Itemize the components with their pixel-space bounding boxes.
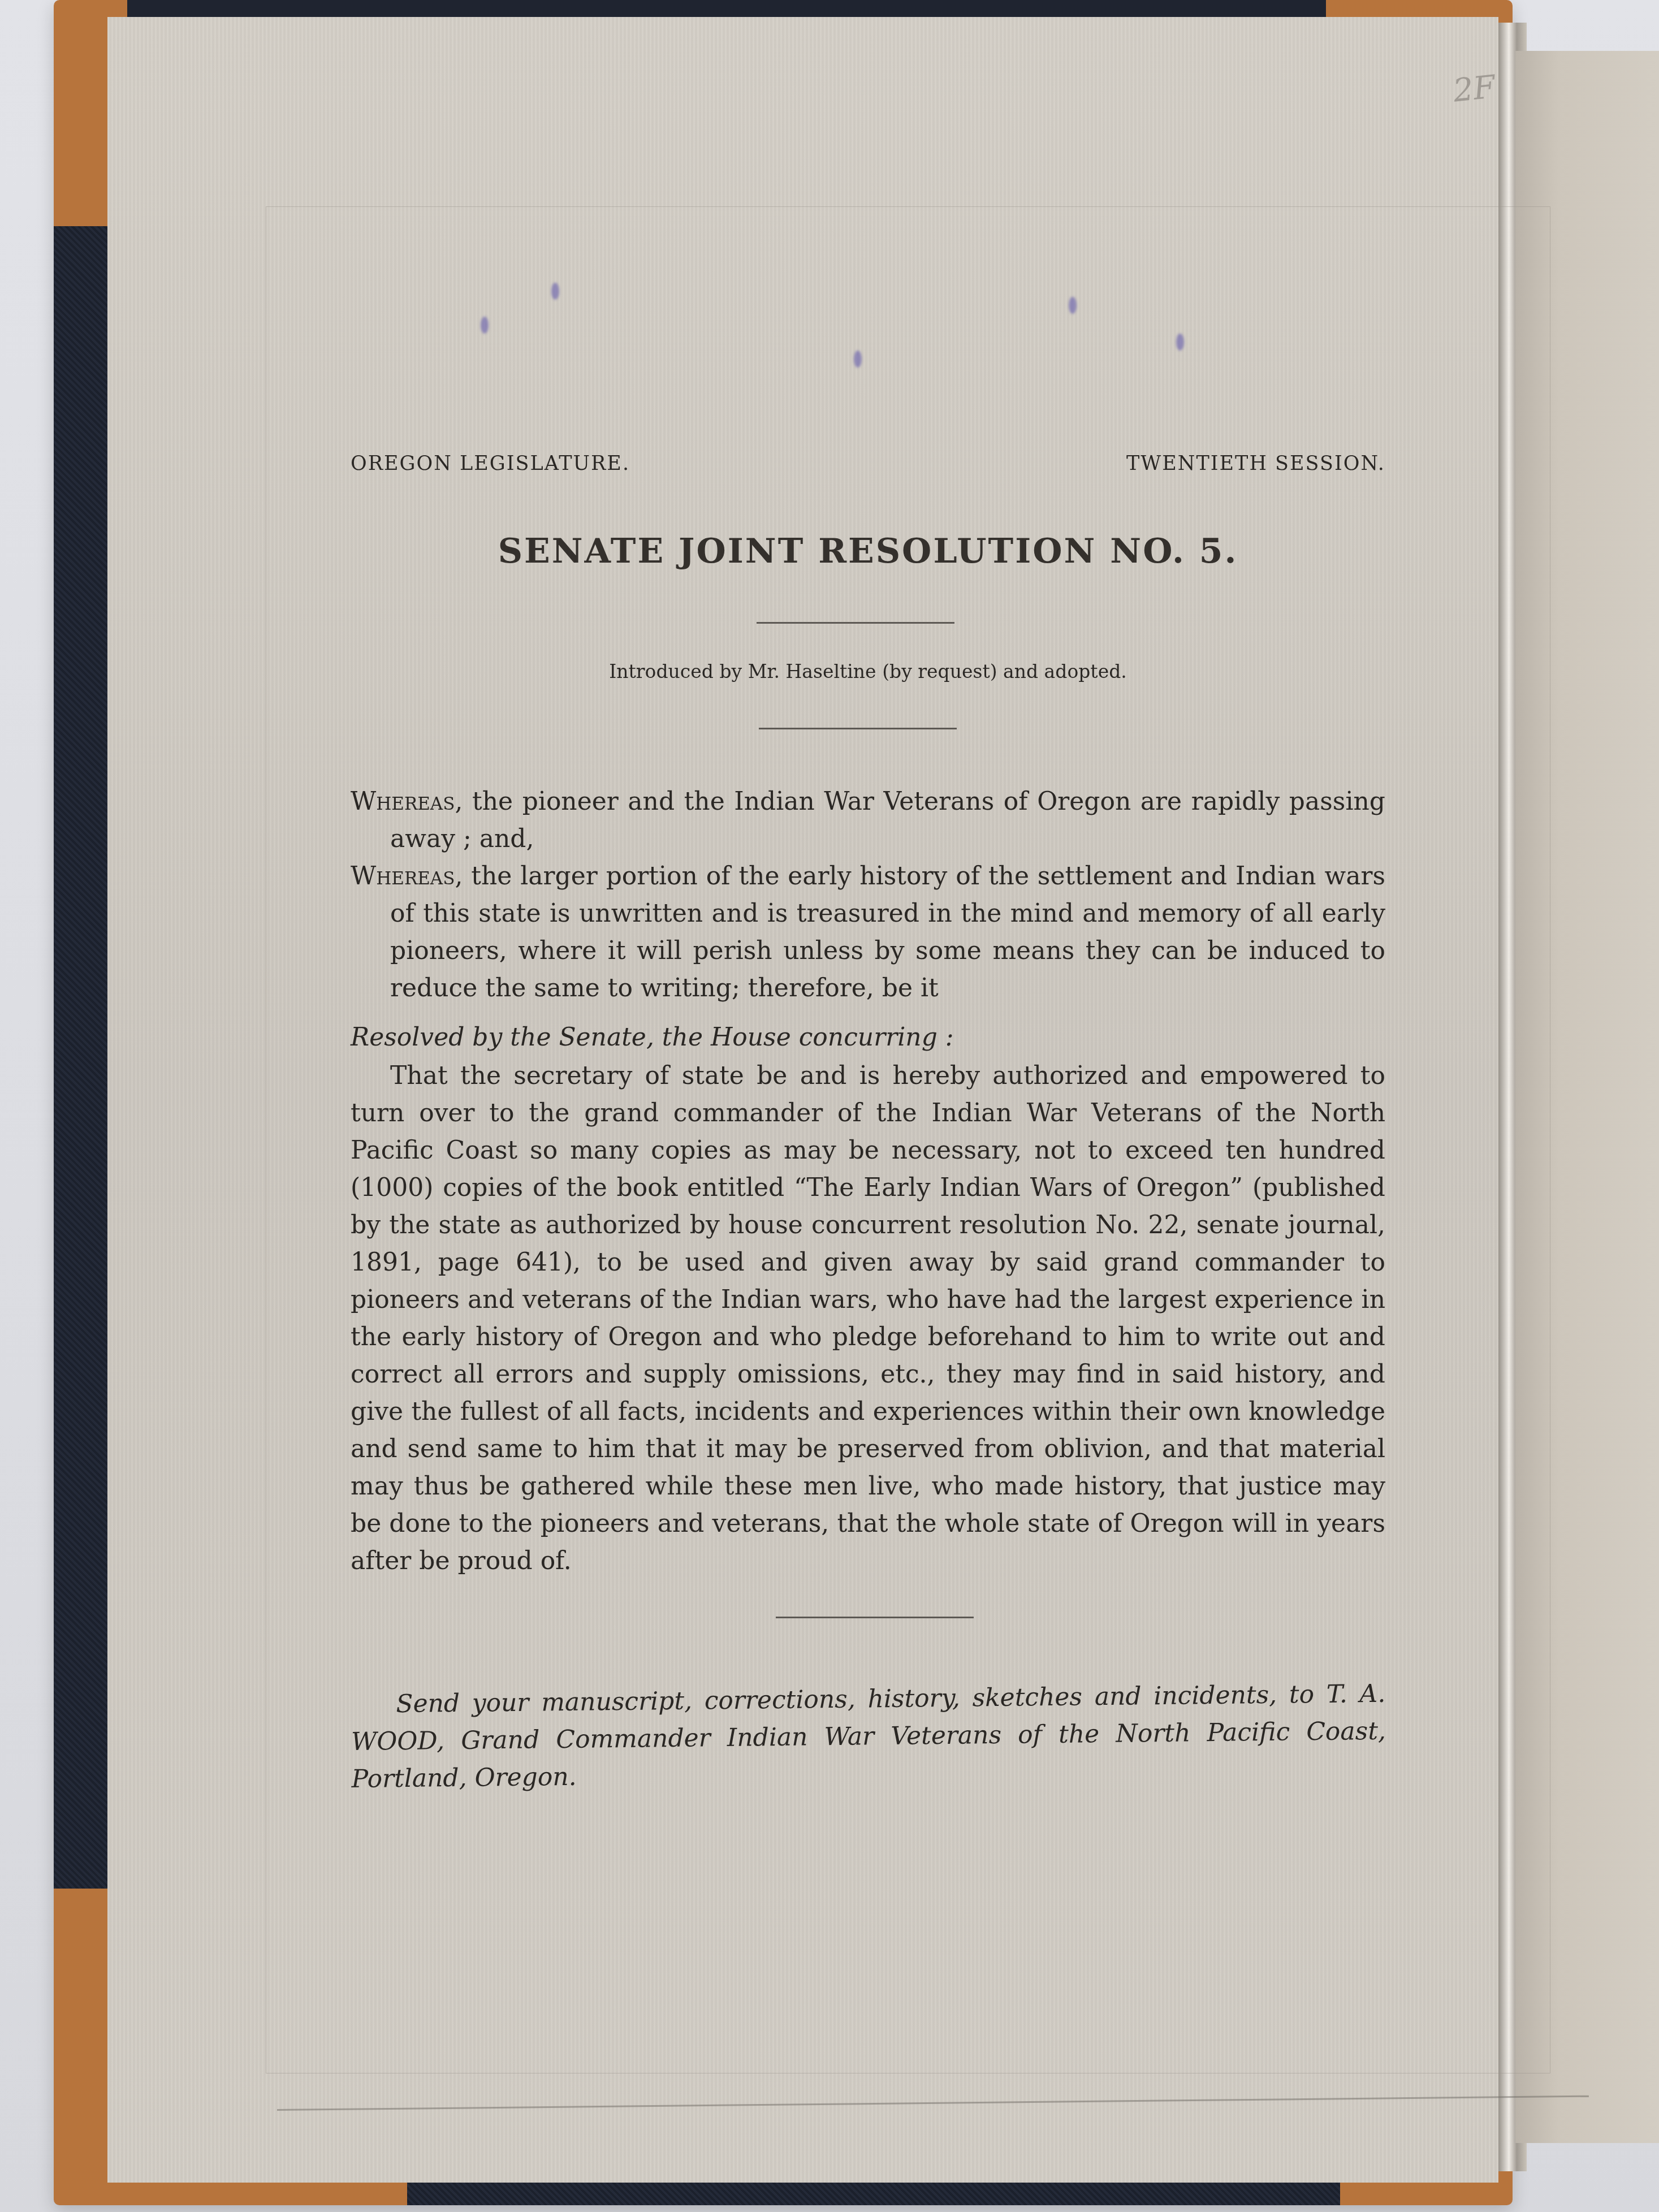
preamble: Whereas, the pioneer and the Indian War … [351,783,1385,1007]
stamp-ink-mark [551,283,559,300]
stamp-ink-mark [481,317,489,334]
stamp-ink-mark [1176,334,1184,351]
page-title: SENATE JOINT RESOLUTION NO. 5. [351,532,1385,571]
whereas-clause-2: Whereas, the larger portion of the early… [351,858,1385,1007]
whereas-lead: Whereas [351,787,455,816]
pencil-line [277,2096,1589,2111]
resolution-body: That the secretary of state be and is he… [351,1057,1385,1580]
whereas-text: , the larger portion of the early histor… [390,862,1385,1003]
resolution-text: OREGON LEGISLATURE. TWENTIETH SESSION. S… [351,452,1385,1823]
divider-rule [757,622,954,624]
header-legislature: OREGON LEGISLATURE. [351,452,630,475]
divider-rule [759,728,957,729]
whereas-clause-1: Whereas, the pioneer and the Indian War … [351,783,1385,858]
footer-note: Send your manuscript, corrections, histo… [351,1675,1386,1798]
whereas-text: , the pioneer and the Indian War Veteran… [390,787,1385,853]
header-session: TWENTIETH SESSION. [1126,452,1385,475]
whereas-lead: Whereas [351,862,455,891]
divider-rule [776,1617,974,1618]
stamp-ink-mark [1069,297,1077,314]
introduced-line: Introduced by Mr. Haseltine (by request)… [351,660,1385,682]
resolved-heading: Resolved by the Senate, the House concur… [351,1023,1385,1052]
cover-cloth-top [127,0,1326,17]
pencil-annotation: 2F [1451,68,1497,109]
stamp-ink-mark [854,351,862,368]
page-header: OREGON LEGISLATURE. TWENTIETH SESSION. [351,452,1385,475]
